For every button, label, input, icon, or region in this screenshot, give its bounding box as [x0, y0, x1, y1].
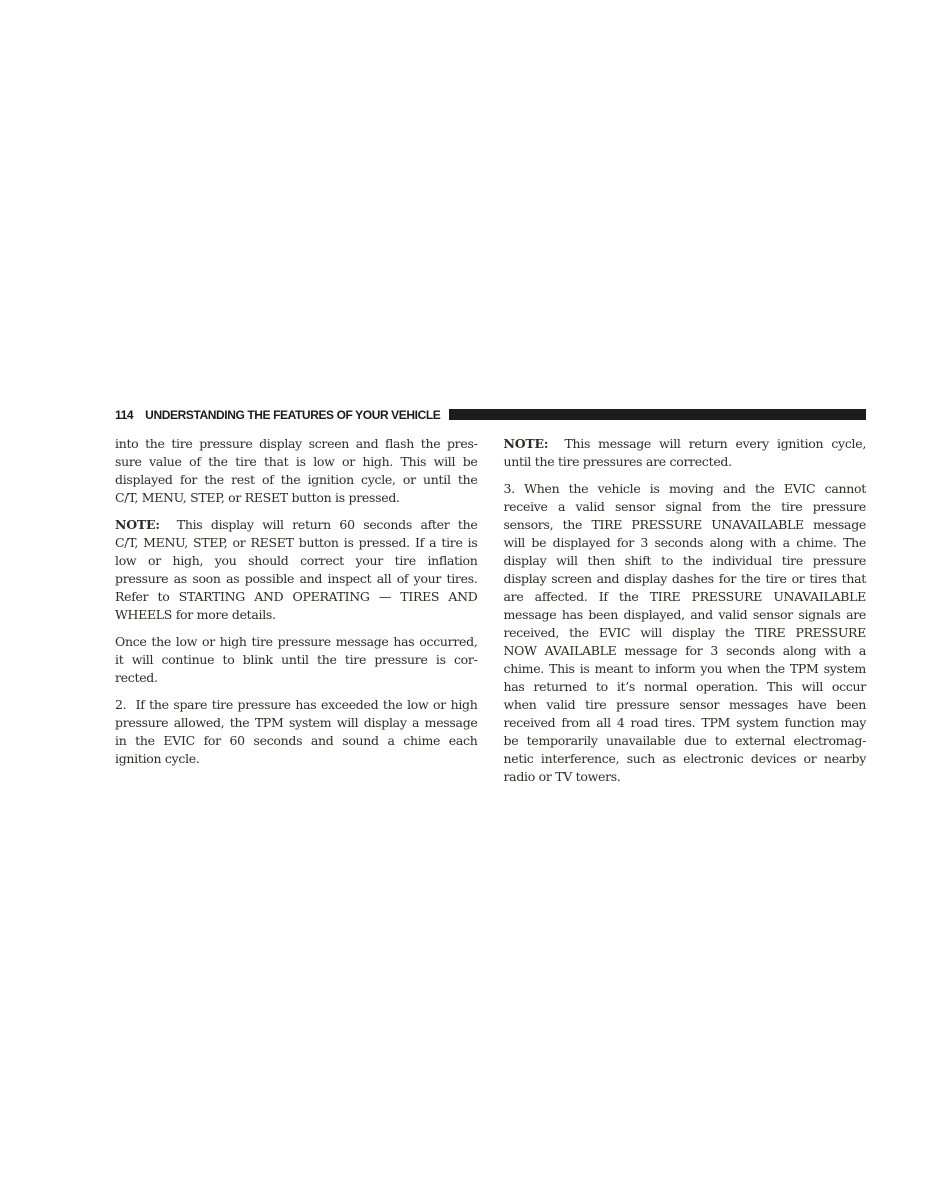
text-line: it will continue to blink until the tire… [115, 651, 478, 669]
text-line: are affected. If the TIRE PRESSURE UNAVA… [504, 588, 867, 606]
text-line: Refer to STARTING AND OPERATING — TIRES … [115, 588, 478, 606]
paragraph: 2. If the spare tire pressure has exceed… [115, 696, 478, 768]
paragraph: Once the low or high tire pressure messa… [115, 633, 478, 687]
text-line: message has been displayed, and valid se… [504, 606, 867, 624]
text-line: into the tire pressure display screen an… [115, 435, 478, 453]
text-line: when valid tire pressure sensor messages… [504, 696, 867, 714]
text-line: ignition cycle. [115, 750, 478, 768]
text-line: sure value of the tire that is low or hi… [115, 453, 478, 471]
page-number: 114 [115, 408, 133, 422]
note-label: NOTE: [504, 436, 549, 451]
text-line: rected. [115, 669, 478, 687]
text-line: until the tire pressures are corrected. [504, 453, 867, 471]
text-line: received, the EVIC will display the TIRE… [504, 624, 867, 642]
text-line: radio or TV towers. [504, 768, 867, 786]
text-line: has returned to it’s normal operation. T… [504, 678, 867, 696]
text-line: netic interference, such as electronic d… [504, 750, 867, 768]
page-content: 114 UNDERSTANDING THE FEATURES OF YOUR V… [115, 407, 866, 786]
text-line: C/T, MENU, STEP, or RESET button is pres… [115, 489, 478, 507]
text-line: 3. When the vehicle is moving and the EV… [504, 480, 867, 498]
text-line: display screen and display dashes for th… [504, 570, 867, 588]
paragraph: into the tire pressure display screen an… [115, 435, 478, 507]
manual-page: 114 UNDERSTANDING THE FEATURES OF YOUR V… [0, 0, 927, 1200]
paragraph: 3. When the vehicle is moving and the EV… [504, 480, 867, 786]
text-line: NOTE: This message will return every ign… [504, 435, 867, 453]
text-line: 2. If the spare tire pressure has exceed… [115, 696, 478, 714]
right-column: NOTE: This message will return every ign… [504, 435, 867, 786]
header-rule-bar [449, 409, 866, 420]
text-columns: into the tire pressure display screen an… [115, 435, 866, 786]
paragraph: NOTE: This message will return every ign… [504, 435, 867, 471]
text-line: received from all 4 road tires. TPM syst… [504, 714, 867, 732]
text-line: pressure allowed, the TPM system will di… [115, 714, 478, 732]
paragraph: NOTE: This display will return 60 second… [115, 516, 478, 624]
left-column: into the tire pressure display screen an… [115, 435, 478, 786]
page-header: 114 UNDERSTANDING THE FEATURES OF YOUR V… [115, 407, 866, 422]
text-line: will be displayed for 3 seconds along wi… [504, 534, 867, 552]
text-line: pressure as soon as possible and inspect… [115, 570, 478, 588]
text-line: low or high, you should correct your tir… [115, 552, 478, 570]
text-line: C/T, MENU, STEP, or RESET button is pres… [115, 534, 478, 552]
text-line: sensors, the TIRE PRESSURE UNAVAILABLE m… [504, 516, 867, 534]
text-line: NOW AVAILABLE message for 3 seconds alon… [504, 642, 867, 660]
text-line: display will then shift to the individua… [504, 552, 867, 570]
text-line: be temporarily unavailable due to extern… [504, 732, 867, 750]
text-line: Once the low or high tire pressure messa… [115, 633, 478, 651]
text-line: receive a valid sensor signal from the t… [504, 498, 867, 516]
header-title: UNDERSTANDING THE FEATURES OF YOUR VEHIC… [145, 408, 440, 422]
text-line: WHEELS for more details. [115, 606, 478, 624]
text-line: NOTE: This display will return 60 second… [115, 516, 478, 534]
text-line: displayed for the rest of the ignition c… [115, 471, 478, 489]
text-line: in the EVIC for 60 seconds and sound a c… [115, 732, 478, 750]
text-line: chime. This is meant to inform you when … [504, 660, 867, 678]
note-label: NOTE: [115, 517, 160, 532]
